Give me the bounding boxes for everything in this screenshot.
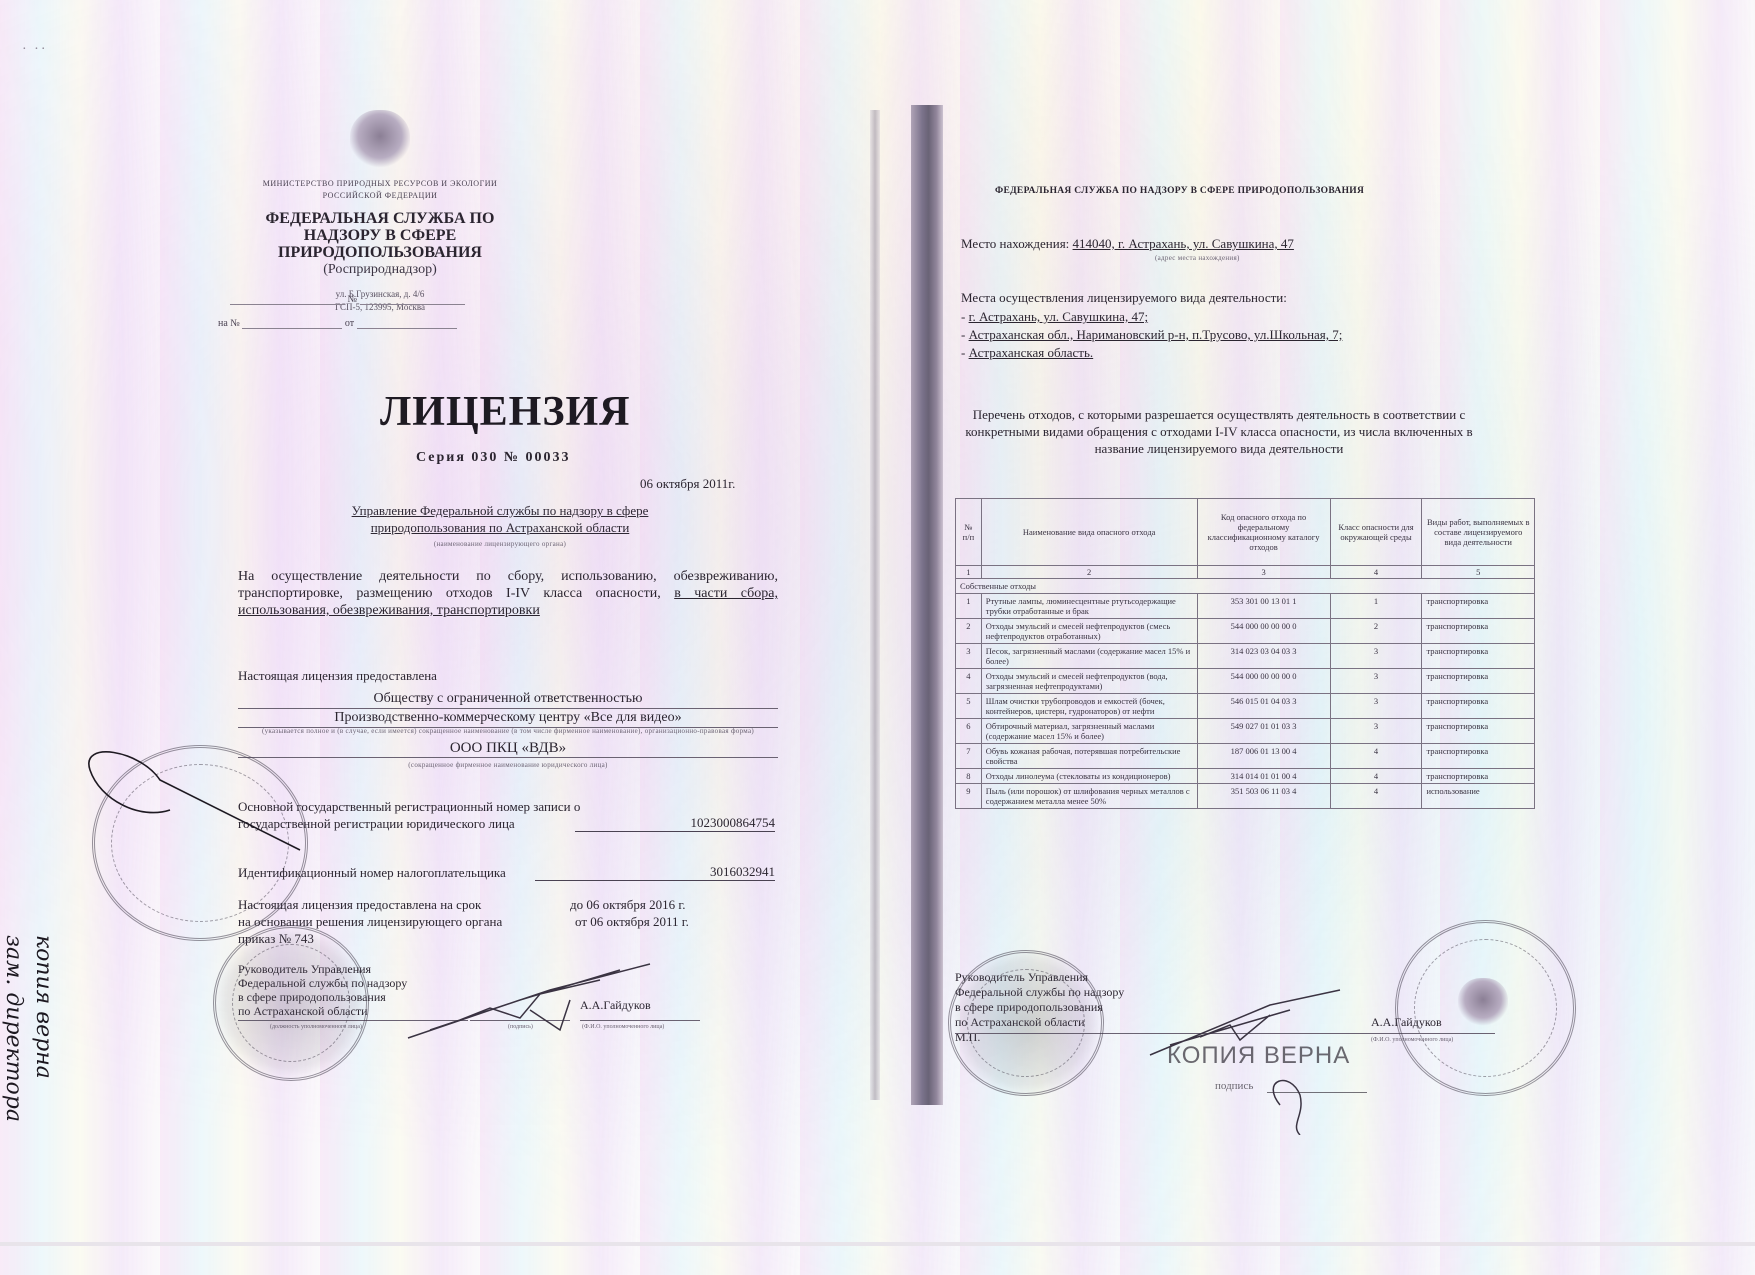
row-number: 2 [956, 619, 982, 644]
activity-place: - Астраханская обл., Наримановский р-н, … [961, 326, 1342, 344]
hazard-class: 2 [1330, 619, 1422, 644]
hazard-class: 3 [1330, 719, 1422, 744]
inn-label: Идентификационный номер налогоплательщик… [238, 864, 506, 881]
signer-position-line: в сфере природопользования [238, 990, 407, 1004]
waste-name: Пыль (или порошок) от шлифования черных … [981, 784, 1197, 809]
agency-name: ФЕДЕРАЛЬНАЯ СЛУЖБА ПО НАДЗОРУ В СФЕРЕ ПР… [250, 210, 510, 261]
hazard-class: 3 [1330, 644, 1422, 669]
term-label: Настоящая лицензия предоставлена на срок [238, 896, 481, 913]
location-label: Место нахождения: [961, 236, 1069, 251]
hazard-class: 1 [1330, 594, 1422, 619]
number-label: № [348, 294, 358, 305]
location-caption: (адрес места нахождения) [1155, 254, 1275, 262]
binding-spine [911, 105, 943, 1105]
work-type: транспортировка [1422, 694, 1535, 719]
reference-number-label: на № [218, 318, 240, 329]
waste-code: 187 006 01 13 00 4 [1197, 744, 1330, 769]
hazard-class: 3 [1330, 669, 1422, 694]
order-number: приказ № 743 [238, 930, 314, 947]
work-type: использование [1422, 784, 1535, 809]
row-number: 6 [956, 719, 982, 744]
waste-name: Шлам очистки трубопроводов и емкостей (б… [981, 694, 1197, 719]
section-row: Собственные отходы [956, 579, 1535, 594]
handwritten-line: зам. директора [0, 935, 28, 1122]
hazard-class: 4 [1330, 769, 1422, 784]
granted-to-label: Настоящая лицензия предоставлена [238, 668, 437, 684]
table-row: 7Обувь кожаная рабочая, потерявшая потре… [956, 744, 1535, 769]
waste-name: Отходы эмульсий и смесей нефтепродуктов … [981, 619, 1197, 644]
waste-code: 353 301 00 13 01 1 [1197, 594, 1330, 619]
signer-name-caption: (Ф.И.О. уполномоченного лица) [582, 1024, 664, 1030]
holder-name-line: Производственно-коммерческому центру «Вс… [238, 709, 778, 728]
holder-name-line: Обществу с ограниченной ответственностью [238, 690, 778, 709]
column-number-row: 1 2 3 4 5 [956, 566, 1535, 579]
binding-shadow [870, 110, 880, 1100]
signer-name: А.А.Гайдуков [1371, 1015, 1442, 1030]
outgoing-number-field: № [230, 294, 465, 305]
basis-label: на основании решения лицензирующего орга… [238, 913, 502, 930]
corner-mark: · ·· [22, 42, 48, 58]
work-type: транспортировка [1422, 744, 1535, 769]
work-type: транспортировка [1422, 769, 1535, 784]
waste-name: Обтирочный материал, загрязненный маслам… [981, 719, 1197, 744]
row-number: 9 [956, 784, 982, 809]
activity-places-list: - г. Астрахань, ул. Савушкина, 47; - Аст… [961, 308, 1342, 362]
signer-position-line: в сфере природопользования [955, 1000, 1124, 1015]
issue-date: 06 октября 2011г. [640, 476, 735, 492]
col-header-work: Виды работ, выполняемых в составе лиценз… [1422, 499, 1535, 566]
ministry-name: МИНИСТЕРСТВО ПРИРОДНЫХ РЕСУРСОВ И ЭКОЛОГ… [260, 178, 500, 202]
col-header-name: Наименование вида опасного отхода [981, 499, 1197, 566]
table-row: 4Отходы эмульсий и смесей нефтепродуктов… [956, 669, 1535, 694]
basis-value: от 06 октября 2011 г. [575, 913, 689, 930]
term-value: до 06 октября 2016 г. [570, 896, 685, 913]
copy-signature-line [1267, 1092, 1367, 1093]
waste-code: 546 015 01 04 03 3 [1197, 694, 1330, 719]
waste-name: Ртутные лампы, люминесцентные ртутьсодер… [981, 594, 1197, 619]
waste-code: 314 023 03 04 03 3 [1197, 644, 1330, 669]
holder-short-name: ООО ПКЦ «ВДВ» [238, 740, 778, 758]
row-number: 8 [956, 769, 982, 784]
waste-table: № п/п Наименование вида опасного отхода … [955, 498, 1535, 809]
row-number: 5 [956, 694, 982, 719]
work-type: транспортировка [1422, 619, 1535, 644]
waste-name: Отходы эмульсий и смесей нефтепродуктов … [981, 669, 1197, 694]
signer-position-caption: (должность уполномоченного лица) [270, 1024, 362, 1030]
license-series-number: Серия 030 № 00033 [416, 450, 571, 466]
handwritten-line: копия верна [28, 935, 58, 1122]
signature-underline [470, 1020, 570, 1021]
col-header-number: № п/п [956, 499, 982, 566]
table-row: 8Отходы линолеума (стекловаты из кондици… [956, 769, 1535, 784]
table-row: 9Пыль (или порошок) от шлифования черных… [956, 784, 1535, 809]
hazard-class: 4 [1330, 784, 1422, 809]
licensed-activity: На осуществление деятельности по сбору, … [238, 568, 778, 619]
col-header-code: Код опасного отхода по федеральному клас… [1197, 499, 1330, 566]
work-type: транспортировка [1422, 669, 1535, 694]
hazard-class: 3 [1330, 694, 1422, 719]
work-type: транспортировка [1422, 594, 1535, 619]
signer-name-caption: (Ф.И.О. уполномоченного лица) [1371, 1037, 1453, 1043]
signer-position: Руководитель Управления Федеральной служ… [238, 962, 407, 1018]
coat-of-arms-icon [350, 110, 410, 168]
work-type: транспортировка [1422, 644, 1535, 669]
page-bottom-edge [0, 1242, 1755, 1246]
copy-certified-stamp: КОПИЯ ВЕРНА [1167, 1042, 1350, 1070]
signer-name-underline [580, 1020, 700, 1021]
signer-position-line: по Астраханской области [955, 1015, 1124, 1030]
licensing-authority: Управление Федеральной службы по надзору… [270, 502, 730, 536]
table-row: 1Ртутные лампы, люминесцентные ртутьсоде… [956, 594, 1535, 619]
authority-line: природопользования по Астраханской облас… [270, 519, 730, 536]
holder-short-caption: (сокращенное фирменное наименование юрид… [238, 761, 778, 769]
license-holder: Обществу с ограниченной ответственностью… [238, 690, 778, 728]
row-number: 3 [956, 644, 982, 669]
row-number: 7 [956, 744, 982, 769]
signature-caption: (подпись) [508, 1024, 533, 1030]
waste-name: Обувь кожаная рабочая, потерявшая потреб… [981, 744, 1197, 769]
table-row: 6Обтирочный материал, загрязненный масла… [956, 719, 1535, 744]
inn-value: 3016032941 [535, 864, 775, 881]
waste-code: 549 027 01 01 03 3 [1197, 719, 1330, 744]
signer-position-line: Федеральной службы по надзору [955, 985, 1124, 1000]
waste-code: 351 503 06 11 03 4 [1197, 784, 1330, 809]
hazard-class: 4 [1330, 744, 1422, 769]
signer-name: А.А.Гайдуков [580, 998, 651, 1013]
reference-number-field: на № от [218, 318, 457, 329]
signer-position-line: Руководитель Управления [238, 962, 407, 976]
signer-position-line: Федеральной службы по надзору [238, 976, 407, 990]
holder-caption: (указывается полное и (в случае, если им… [238, 727, 778, 735]
table-row: 3Песок, загрязненный маслами (содержание… [956, 644, 1535, 669]
handwritten-certification: копия верна зам. директора Миронов Е.К. [0, 935, 58, 1122]
ogrn-value: 1023000864754 [575, 815, 775, 832]
coat-of-arms-icon [1458, 978, 1508, 1026]
authority-caption: (наименование лицензирующего органа) [330, 540, 670, 548]
waste-code: 544 000 00 00 00 0 [1197, 619, 1330, 644]
agency-header: ФЕДЕРАЛЬНАЯ СЛУЖБА ПО НАДЗОРУ В СФЕРЕ ПР… [995, 186, 1364, 196]
activity-places-label: Места осуществления лицензируемого вида … [961, 290, 1287, 306]
row-number: 4 [956, 669, 982, 694]
waste-name: Отходы линолеума (стекловаты из кондицио… [981, 769, 1197, 784]
ogrn-label: Основной государственный регистрационный… [238, 798, 598, 832]
waste-code: 314 014 01 01 00 4 [1197, 769, 1330, 784]
waste-code: 544 000 00 00 00 0 [1197, 669, 1330, 694]
table-row: 2Отходы эмульсий и смесей нефтепродуктов… [956, 619, 1535, 644]
section-label: Собственные отходы [956, 579, 1535, 594]
activity-place: - г. Астрахань, ул. Савушкина, 47; [961, 308, 1342, 326]
signer-position-line: Руководитель Управления [955, 970, 1124, 985]
signer-position-underline [238, 1020, 468, 1021]
activity-place: - Астраханская область. [961, 344, 1342, 362]
location: Место нахождения: 414040, г. Астрахань, … [961, 236, 1294, 252]
reference-date-label: от [345, 318, 354, 329]
col-header-class: Класс опасности для окружающей среды [1330, 499, 1422, 566]
row-number: 1 [956, 594, 982, 619]
location-value: 414040, г. Астрахань, ул. Савушкина, 47 [1073, 236, 1294, 251]
table-row: 5Шлам очистки трубопроводов и емкостей (… [956, 694, 1535, 719]
organization-stamp [1395, 920, 1576, 1096]
authority-line: Управление Федеральной службы по надзору… [270, 502, 730, 519]
signature-underline [955, 1033, 1495, 1034]
table-header-row: № п/п Наименование вида опасного отхода … [956, 499, 1535, 566]
document-title: ЛИЦЕНЗИЯ [380, 388, 630, 436]
signer-position-line: по Астраханской области [238, 1004, 407, 1018]
waste-list-heading: Перечень отходов, с которыми разрешается… [959, 406, 1479, 457]
work-type: транспортировка [1422, 719, 1535, 744]
waste-name: Песок, загрязненный маслами (содержание … [981, 644, 1197, 669]
copy-signature-label: подпись [1215, 1080, 1253, 1092]
agency-short-name: (Росприроднадзор) [250, 262, 510, 278]
